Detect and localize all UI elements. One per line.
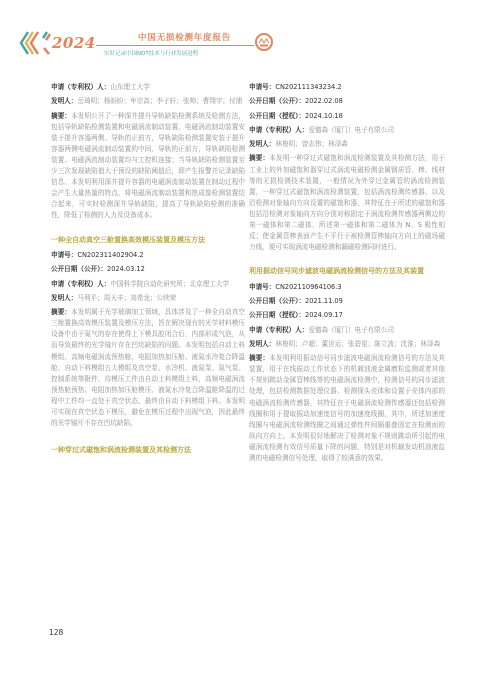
patent-entry: 申请号：CN202111343234.2 公开日期（公开）：2022.02.08…: [249, 82, 445, 253]
inventor-field: 发明人：林俊明；卢超；董世运；张碧星；陈立波；沈淮；林泽森: [249, 339, 445, 350]
applicant-field: 申请（专利权）人：爱德森（厦门）电子有限公司: [249, 325, 445, 336]
patent-entry: 利用振动信号同步滤波电磁涡流检测信号的方法及其装置 申请号：CN20211096…: [249, 266, 445, 464]
report-title: 中国无损检测年度报告: [138, 31, 231, 43]
abstract-text: 摘要：本发明利用振动信号同步滤波电磁涡流检测信号的方法及其装置，用于在线振动工作…: [249, 353, 445, 464]
app-no-field: 申请号：CN202111343234.2: [249, 82, 445, 93]
pub-date-field: 公开日期（公开）：2021.11.09: [249, 296, 445, 307]
grant-date-field: 公开日期（授权）：2024.10.18: [249, 111, 445, 122]
patent-title: 利用振动信号同步滤波电磁涡流检测信号的方法及其装置: [249, 266, 445, 278]
report-year: 2024: [52, 34, 96, 52]
inventor-field: 发明人：马利平；周天丰；刘希龙；公续荣: [51, 293, 245, 304]
header-divider: [96, 45, 254, 46]
ndt-logo-icon: [255, 33, 273, 51]
left-column: 申请（专利权）人：山东理工大学 发明人：岳琦明；杨盼盼；牟宗高；李子轩；张帅；曹…: [51, 82, 245, 461]
right-column: 申请号：CN202111343234.2 公开日期（公开）：2022.02.08…: [249, 82, 445, 464]
abstract-text: 摘要：本发明属于光学玻璃加工领域，具体涉及了一种全自动真空三舱置换高效模压装置及…: [51, 307, 245, 429]
pub-date-field: 公开日期（公开）：2022.02.08: [249, 96, 445, 107]
patent-title: 一种穿过式磁饱和涡流检测装置及其检测方法: [51, 445, 245, 457]
app-no-field: 申请号：CN202110964106.3: [249, 282, 445, 293]
inventor-field: 发明人：林俊明；曾志伟；林泽森: [249, 139, 445, 150]
app-no-field: 申请号：CN202311402904.2: [51, 250, 245, 261]
patent-entry: 一种穿过式磁饱和涡流检测装置及其检测方法: [51, 445, 245, 457]
applicant-field: 申请（专利权）人：中国科学院自动化研究所；北京理工大学: [51, 279, 245, 290]
report-header: 2024 中国无损检测年度报告 实时记录中国NDT技术与行业发展进程: [18, 28, 268, 60]
abstract-text: 摘要：本发明公开了一种深井提升导轨缺陷检测系统及检测方法，包括导轨缺陷检测装置和…: [51, 111, 245, 222]
inventor-field: 发明人：岳琦明；杨盼盼；牟宗高；李子轩；张帅；曹翔宇；付浦: [51, 96, 245, 107]
grant-date-field: 公开日期（授权）：2024.09.17: [249, 310, 445, 321]
applicant-field: 申请（专利权）人：山东理工大学: [51, 82, 245, 93]
patent-entry: 一种全自动真空三舱置换高效模压装置及模压方法 申请号：CN20231140290…: [51, 235, 245, 430]
applicant-field: 申请（专利权）人：爱德森（厦门）电子有限公司: [249, 125, 445, 136]
abstract-text: 摘要：本发明一种穿过式磁饱和涡流检测装置及其检测方法，用于工业上的外加磁饱和器穿…: [249, 153, 445, 253]
patent-entry: 申请（专利权）人：山东理工大学 发明人：岳琦明；杨盼盼；牟宗高；李子轩；张帅；曹…: [51, 82, 245, 222]
pub-date-field: 公开日期（公开）：2024.03.12: [51, 264, 245, 275]
report-subtitle: 实时记录中国NDT技术与行业发展进程: [104, 49, 198, 57]
page-number: 128: [49, 628, 63, 637]
patent-title: 一种全自动真空三舱置换高效模压装置及模压方法: [51, 235, 245, 247]
